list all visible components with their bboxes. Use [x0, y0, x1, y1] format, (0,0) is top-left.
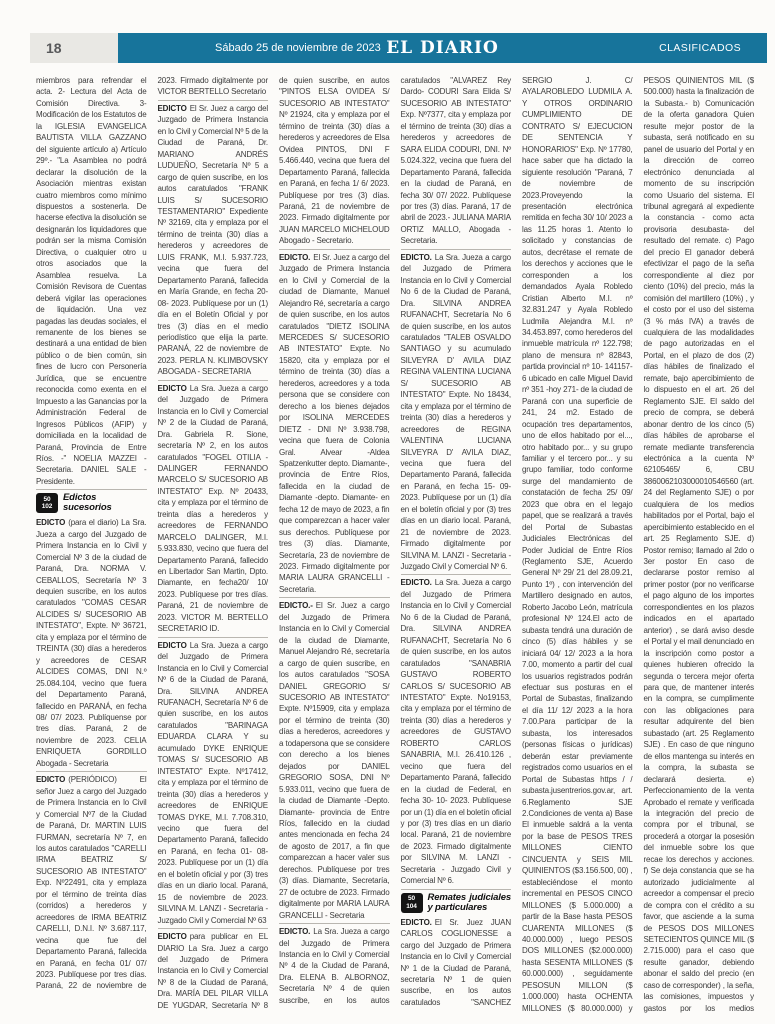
section-label: Remates judiciales y particulares: [428, 893, 512, 913]
legal-notice-fogel-dalinger: EDICTOLa Sra. Jueza a cargo del Juzgado …: [158, 383, 269, 638]
notice-text: El Sr. Juez a cargo del Juzgado de Prime…: [158, 104, 269, 376]
section-code-top: 50: [408, 895, 415, 903]
legal-notice-comas: EDICTO(para el diario) La Sra. Jueza a c…: [36, 517, 147, 772]
notice-text: La Sra. Jueza a cargo del Juzgado de Pri…: [401, 253, 512, 571]
legal-notice-sanabria: EDICTO.La Sra. Jueza a cargo del Juzgado…: [401, 577, 512, 889]
page-number-box: 18: [30, 33, 118, 63]
page-header: 18 Sábado 25 de noviembre de 2023 EL DIA…: [30, 33, 767, 63]
legal-notice-taleb-silveyra: EDICTO.La Sra. Jueza a cargo del Juzgado…: [401, 252, 512, 576]
page-number: 18: [46, 40, 62, 56]
legal-notice-sosa: EDICTO.-El Sr. Juez a cargo del Juzgado …: [279, 600, 390, 924]
legal-notice-frank: EDICTOEl Sr. Juez a cargo del Juzgado de…: [158, 103, 269, 381]
section-code-bottom: 104: [406, 903, 416, 911]
newspaper-page: 18 Sábado 25 de noviembre de 2023 EL DIA…: [0, 0, 775, 1024]
notice-lead: EDICTO: [36, 775, 65, 784]
notice-text: La Sra. Jueza a cargo del Juzgado de Pri…: [158, 641, 269, 925]
notice-text: El Sr. Juez a cargo del Juzgado de Prime…: [279, 601, 390, 919]
notice-lead: EDICTO: [158, 104, 187, 113]
header-bar: Sábado 25 de noviembre de 2023 EL DIARIO…: [118, 33, 767, 63]
notice-lead: EDICTO.: [401, 253, 432, 262]
section-code-bottom: 102: [42, 503, 52, 511]
notice-lead: EDICTO: [158, 932, 187, 941]
section-head-remates: 50 104 Remates judiciales y particulares: [401, 893, 512, 913]
notice-text: La Sra. Jueza a cargo del Juzgado de Pri…: [401, 578, 512, 885]
notice-lead: EDICTO.: [401, 918, 432, 927]
section-code-badge: 50 102: [36, 493, 58, 513]
notice-lead: EDICTO: [158, 384, 187, 393]
notice-lead: EDICTO: [36, 518, 65, 527]
notice-lead: EDICTO.: [279, 927, 310, 936]
section-head-edictos-sucesorios: 50 102 Edictos sucesorios: [36, 493, 147, 513]
section-code-top: 50: [44, 496, 51, 504]
classifieds-columns: miembros para refrendar el acta. 2- Lect…: [36, 75, 754, 1015]
notice-lead: EDICTO.-: [279, 601, 313, 610]
notice-lead: EDICTO.: [279, 253, 310, 262]
notice-text: miembros para refrendar el acta. 2- Lect…: [36, 76, 147, 486]
section-code-badge: 50 104: [401, 893, 423, 913]
assembly-notice: miembros para refrendar el acta. 2- Lect…: [36, 75, 147, 490]
notice-lead: EDICTO: [158, 641, 187, 650]
legal-notice-barinaga-dyke: EDICTOLa Sra. Jueza a cargo del Juzgado …: [158, 640, 269, 929]
notice-lead: EDICTO.: [401, 578, 432, 587]
section-label: Edictos sucesorios: [63, 493, 147, 513]
notice-text: La Sra. Jueza a cargo del Juzgado de Pri…: [158, 384, 269, 634]
notice-text: (para el diario) La Sra. Jueza a cargo d…: [36, 518, 147, 768]
notice-text: El Sr. Juez a cargo del Juzgado de Prime…: [279, 253, 390, 594]
section-title: CLASIFICADOS: [659, 42, 741, 54]
legal-notice-dietz: EDICTO.El Sr. Juez a cargo del Juzgado d…: [279, 252, 390, 599]
